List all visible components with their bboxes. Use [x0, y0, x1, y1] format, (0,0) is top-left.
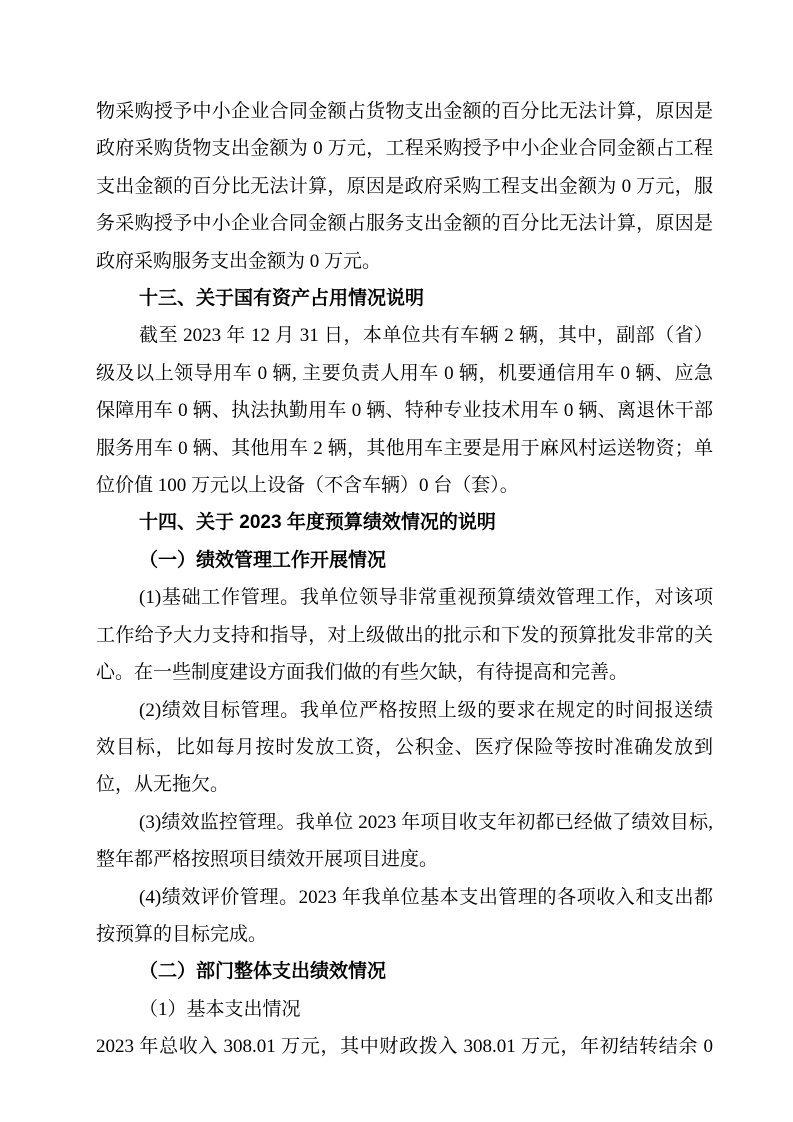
paragraph: （1）基本支出情况: [96, 991, 713, 1028]
text-line: 务采购授予中小企业合同金额占服务支出金额的百分比无法计算，原因是: [96, 205, 713, 242]
paragraph: (4)绩效评价管理。2023 年我单位基本支出管理的各项收入和支出都按预算的目标…: [96, 879, 713, 954]
text-line: 心。在一些制度建设方面我们做的有些欠缺，有待提高和完善。: [96, 654, 713, 691]
paragraph: 物采购授予中小企业合同金额占货物支出金额的百分比无法计算，原因是政府采购货物支出…: [96, 93, 713, 280]
text-line: 保障用车 0 辆、执法执勤用车 0 辆、特种专业技术用车 0 辆、离退休干部: [96, 392, 713, 429]
paragraph: (3)绩效监控管理。我单位 2023 年项目收支年初都已经做了绩效目标,整年都严…: [96, 804, 713, 879]
document-content: 物采购授予中小企业合同金额占货物支出金额的百分比无法计算，原因是政府采购货物支出…: [96, 93, 713, 1066]
section-heading: （一）绩效管理工作开展情况: [96, 542, 713, 579]
text-line: 政府采购货物支出金额为 0 万元，工程采购授予中小企业合同金额占工程: [96, 130, 713, 167]
text-line: 十三、关于国有资产占用情况说明: [96, 280, 713, 317]
document-page: 物采购授予中小企业合同金额占货物支出金额的百分比无法计算，原因是政府采购货物支出…: [0, 0, 793, 1122]
text-line: 2023 年总收入 308.01 万元，其中财政拨入 308.01 万元，年初结…: [96, 1028, 713, 1065]
paragraph: 2023 年总收入 308.01 万元，其中财政拨入 308.01 万元，年初结…: [96, 1028, 713, 1065]
text-line: 服务用车 0 辆、其他用车 2 辆，其他用车主要是用于麻风村运送物资；单: [96, 430, 713, 467]
text-line: 整年都严格按照项目绩效开展项目进度。: [96, 841, 713, 878]
text-line: (1)基础工作管理。我单位领导非常重视预算绩效管理工作，对该项: [96, 579, 713, 616]
text-line: (2)绩效目标管理。我单位严格按照上级的要求在规定的时间报送绩: [96, 692, 713, 729]
section-heading: 十四、关于 2023 年度预算绩效情况的说明: [96, 504, 713, 541]
text-line: 物采购授予中小企业合同金额占货物支出金额的百分比无法计算，原因是: [96, 93, 713, 130]
text-line: 十四、关于 2023 年度预算绩效情况的说明: [96, 504, 713, 541]
text-line: （一）绩效管理工作开展情况: [96, 542, 713, 579]
text-line: (4)绩效评价管理。2023 年我单位基本支出管理的各项收入和支出都: [96, 879, 713, 916]
text-line: （二）部门整体支出绩效情况: [96, 953, 713, 990]
text-line: 截至 2023 年 12 月 31 日，本单位共有车辆 2 辆，其中，副部（省）: [96, 317, 713, 354]
text-line: 按预算的目标完成。: [96, 916, 713, 953]
text-line: 效目标，比如每月按时发放工资，公积金、医疗保险等按时准确发放到: [96, 729, 713, 766]
section-heading: （二）部门整体支出绩效情况: [96, 953, 713, 990]
section-heading: 十三、关于国有资产占用情况说明: [96, 280, 713, 317]
text-line: 级及以上领导用车 0 辆, 主要负责人用车 0 辆，机要通信用车 0 辆、应急: [96, 355, 713, 392]
text-line: 工作给予大力支持和指导，对上级做出的批示和下发的预算批发非常的关: [96, 617, 713, 654]
paragraph: (1)基础工作管理。我单位领导非常重视预算绩效管理工作，对该项工作给予大力支持和…: [96, 579, 713, 691]
text-line: （1）基本支出情况: [96, 991, 713, 1028]
text-line: 位价值 100 万元以上设备（不含车辆）0 台（套）。: [96, 467, 713, 504]
text-line: 位，从无拖欠。: [96, 766, 713, 803]
text-line: (3)绩效监控管理。我单位 2023 年项目收支年初都已经做了绩效目标,: [96, 804, 713, 841]
text-line: 支出金额的百分比无法计算，原因是政府采购工程支出金额为 0 万元，服: [96, 168, 713, 205]
text-line: 政府采购服务支出金额为 0 万元。: [96, 243, 713, 280]
paragraph: (2)绩效目标管理。我单位严格按照上级的要求在规定的时间报送绩效目标，比如每月按…: [96, 692, 713, 804]
paragraph: 截至 2023 年 12 月 31 日，本单位共有车辆 2 辆，其中，副部（省）…: [96, 317, 713, 504]
